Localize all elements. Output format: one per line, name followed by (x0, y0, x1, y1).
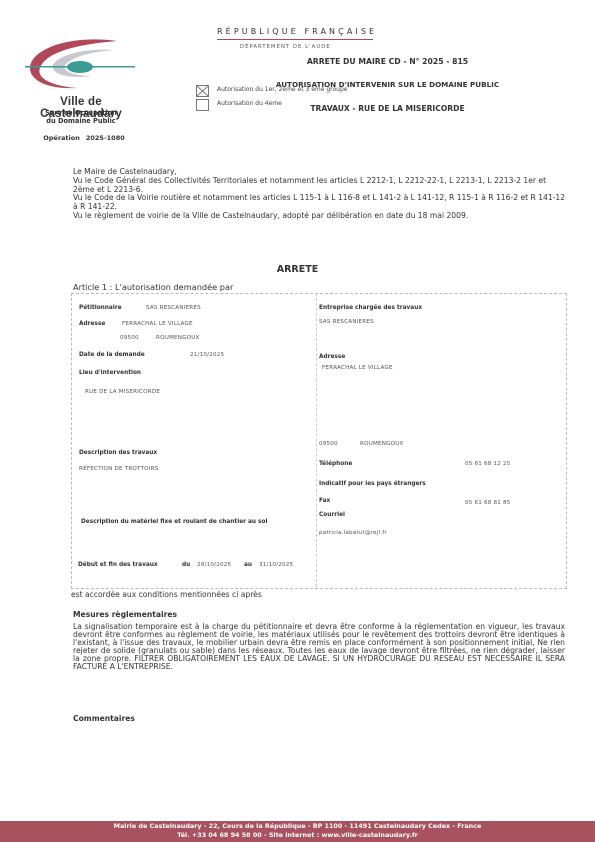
checkbox-groups-1-3[interactable] (196, 85, 209, 97)
date-value: 21/10/2025 (190, 352, 224, 358)
fax-value: 05 61 68 81 85 (465, 500, 511, 506)
entreprise-adresse-label: Adresse (319, 354, 345, 360)
checked-cross-icon (197, 86, 208, 96)
mesures-text: La signalisation temporaire est à la cha… (73, 623, 565, 672)
checkbox-group-4[interactable] (196, 99, 209, 111)
operation-number: Opération2025-1080 (22, 134, 140, 142)
footer-contact: Tél. +33 04 68 94 58 00 - Site internet … (0, 831, 595, 839)
entreprise-value: SAS RESCANIERES (319, 319, 374, 325)
materiel-label: Description du matériel fixe et roulant … (81, 519, 267, 525)
description-value: REFECTION DE TROTTOIRS (79, 466, 158, 472)
checkbox-label-groups-1-3: Autorisation du 1er, 2eme et 3 ème group… (217, 86, 347, 93)
operation-value: 2025-1080 (86, 134, 125, 142)
service-name: Service Occupation du Domaine Public (22, 109, 140, 125)
petitionnaire-label: Pétitionnaire (79, 305, 122, 311)
article-1: Article 1 : L'autorisation demandée par (73, 282, 233, 292)
department-heading: DÉPARTEMENT DE L'AUDE (240, 44, 331, 50)
form-divider (316, 293, 317, 587)
city-logo (22, 38, 137, 93)
courriel-value[interactable]: patricia.labatut@rejl.fr (319, 530, 387, 536)
cp-value: 09500 (120, 335, 139, 341)
lieu-label: Lieu d'intervention (79, 370, 141, 376)
preamble-line: Vu le Code de la Voirie routière et nota… (73, 194, 568, 212)
courriel-label: Courriel (319, 512, 345, 518)
service-line-2: du Domaine Public (22, 117, 140, 125)
entreprise-label: Entreprise chargée des travaux (319, 305, 422, 311)
fax-label: Fax (319, 498, 330, 504)
entreprise-adresse-value: FERRACHAL LE VILLAGE (322, 365, 393, 371)
lieu-value: RUE DE LA MISERICORDE (85, 389, 160, 395)
commentaires-heading: Commentaires (73, 714, 135, 723)
description-label: Description des travaux (79, 450, 157, 456)
date-label: Date de la demande (79, 352, 145, 358)
entreprise-ville-value: ROUMENGOUX (360, 441, 404, 447)
au-label: au (244, 562, 252, 568)
republic-underline (217, 39, 373, 40)
decree-number: ARRETE DU MAIRE CD - N° 2025 - 815 (200, 57, 575, 66)
ville-value: ROUMENGOUX (156, 335, 200, 341)
republic-heading: RÉPUBLIQUE FRANÇAISE (217, 27, 377, 36)
petitionnaire-value: SAS RESCANIERES (146, 305, 201, 311)
indicatif-label: Indicatif pour les pays étrangers (319, 481, 426, 487)
preamble-line: Vu le Code Général des Collectivités Ter… (73, 177, 568, 195)
telephone-value: 05 61 68 12 25 (465, 461, 511, 467)
adresse-label: Adresse (79, 321, 105, 327)
footer-address: Mairie de Castelnaudary - 22, Cours de l… (0, 822, 595, 830)
du-label: du (182, 562, 190, 568)
arrete-heading: ARRETE (0, 264, 595, 275)
periode-label: Début et fin des travaux (78, 562, 158, 568)
preamble: Le Maire de Castelnaudary, Vu le Code Gé… (73, 168, 568, 221)
preamble-line: Vu le règlement de voirie de la Ville de… (73, 212, 568, 221)
conditions-text: est accordée aux conditions mentionnées … (71, 590, 262, 599)
debut-value: 28/10/2025 (197, 562, 231, 568)
fin-value: 31/10/2025 (259, 562, 293, 568)
mesures-heading: Mesures règlementaires (73, 610, 177, 619)
telephone-label: Téléphone (319, 461, 352, 467)
checkbox-label-group-4: Autorisation du 4eme (217, 100, 282, 107)
adresse-value: FERRACHAL LE VILLAGE (122, 321, 193, 327)
entreprise-cp-value: 09500 (319, 441, 338, 447)
operation-label: Opération (43, 134, 80, 142)
service-line-1: Service Occupation (22, 109, 140, 117)
